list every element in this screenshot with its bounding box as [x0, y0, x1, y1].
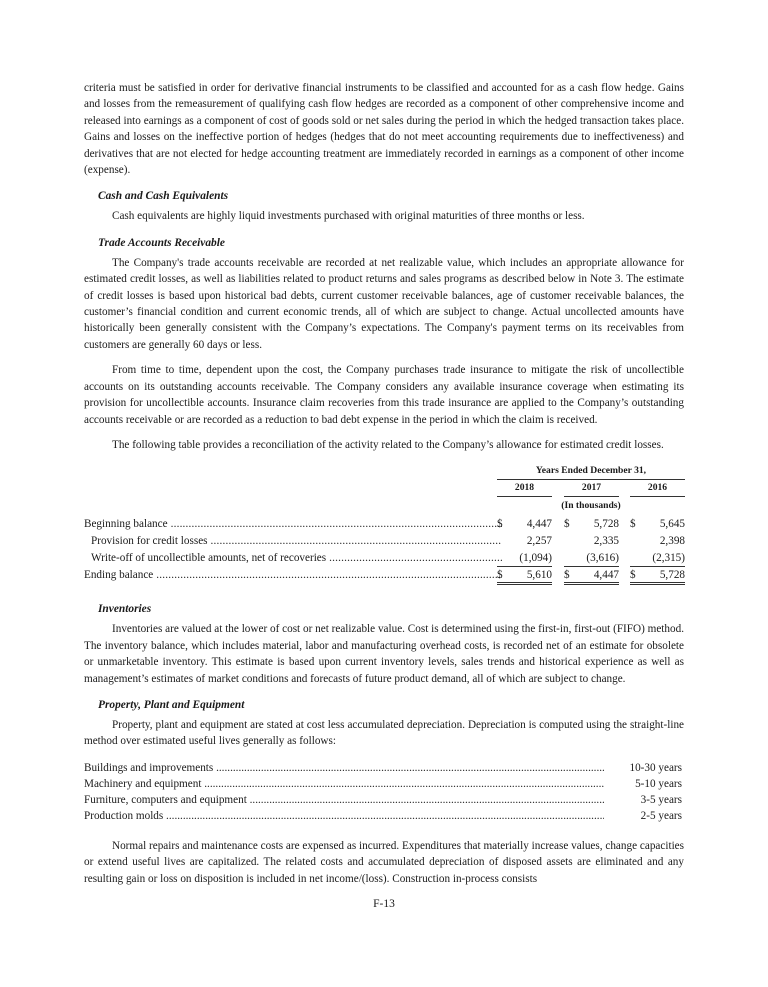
asset-life: 2-5 years: [641, 808, 682, 824]
list-item: Machinery and equipment 5-10 years: [84, 776, 684, 792]
receivables-paragraph-1: The Company's trade accounts receivable …: [84, 255, 684, 353]
useful-lives-table: Buildings and improvements 10-30 years M…: [84, 760, 684, 824]
asset-life: 5-10 years: [635, 776, 682, 792]
table-row: Write-off of uncollectible amounts, net …: [84, 550, 684, 566]
page-number: F-13: [0, 898, 768, 910]
inventories-paragraph: Inventories are valued at the lower of c…: [84, 621, 684, 687]
row-label: Beginning balance: [84, 516, 502, 532]
row-label: Write-off of uncollectible amounts, net …: [91, 550, 502, 566]
receivables-heading: Trade Accounts Receivable: [84, 235, 684, 251]
cell-value: 2,257: [527, 533, 552, 549]
currency-symbol: $: [630, 516, 636, 532]
list-item: Buildings and improvements 10-30 years: [84, 760, 684, 776]
cell-value: 5,610: [527, 567, 552, 583]
cell-value: 4,447: [594, 567, 619, 583]
receivables-paragraph-3: The following table provides a reconcili…: [84, 437, 684, 453]
inventories-heading: Inventories: [84, 601, 684, 617]
asset-life: 3-5 years: [641, 792, 682, 808]
intro-paragraph: criteria must be satisfied in order for …: [84, 80, 684, 178]
cell-value: 4,447: [527, 516, 552, 532]
cash-heading: Cash and Cash Equivalents: [84, 188, 684, 204]
cell-value: (2,315): [652, 550, 685, 566]
cell-value: 5,645: [660, 516, 685, 532]
table-units: (In thousands): [559, 500, 623, 512]
row-label: Ending balance: [84, 567, 502, 583]
year-header-2017: 2017: [564, 482, 619, 497]
ppe-closing-paragraph: Normal repairs and maintenance costs are…: [84, 838, 684, 887]
cell-value: 5,728: [660, 567, 685, 583]
table-row: Beginning balance $4,447 $5,728 $5,645: [84, 516, 684, 532]
ppe-heading: Property, Plant and Equipment: [84, 697, 684, 713]
document-page: criteria must be satisfied in order for …: [84, 80, 684, 887]
asset-life: 10-30 years: [629, 760, 682, 776]
row-label: Provision for credit losses: [91, 533, 502, 549]
asset-label: Machinery and equipment: [84, 776, 604, 792]
cash-paragraph: Cash equivalents are highly liquid inves…: [84, 208, 684, 224]
ppe-paragraph: Property, plant and equipment are stated…: [84, 717, 684, 750]
cell-value: (1,094): [519, 550, 552, 566]
table-row: Provision for credit losses 2,257 2,335 …: [84, 533, 684, 549]
cell-value: 2,335: [594, 533, 619, 549]
year-header-2016: 2016: [630, 482, 685, 497]
cell-value: 5,728: [594, 516, 619, 532]
receivables-paragraph-2: From time to time, dependent upon the co…: [84, 362, 684, 428]
table-span-header: Years Ended December 31,: [497, 465, 685, 480]
year-header-2018: 2018: [497, 482, 552, 497]
list-item: Furniture, computers and equipment 3-5 y…: [84, 792, 684, 808]
asset-label: Furniture, computers and equipment: [84, 792, 604, 808]
currency-symbol: $: [564, 567, 570, 583]
currency-symbol: $: [497, 516, 503, 532]
list-item: Production molds 2-5 years: [84, 808, 684, 824]
cell-value: 2,398: [660, 533, 685, 549]
allowance-table: Years Ended December 31, 2018 2017 2016 …: [84, 465, 684, 589]
currency-symbol: $: [630, 567, 636, 583]
asset-label: Production molds: [84, 808, 604, 824]
table-row: Ending balance $5,610 $4,447 $5,728: [84, 567, 684, 583]
currency-symbol: $: [497, 567, 503, 583]
asset-label: Buildings and improvements: [84, 760, 604, 776]
cell-value: (3,616): [586, 550, 619, 566]
currency-symbol: $: [564, 516, 570, 532]
